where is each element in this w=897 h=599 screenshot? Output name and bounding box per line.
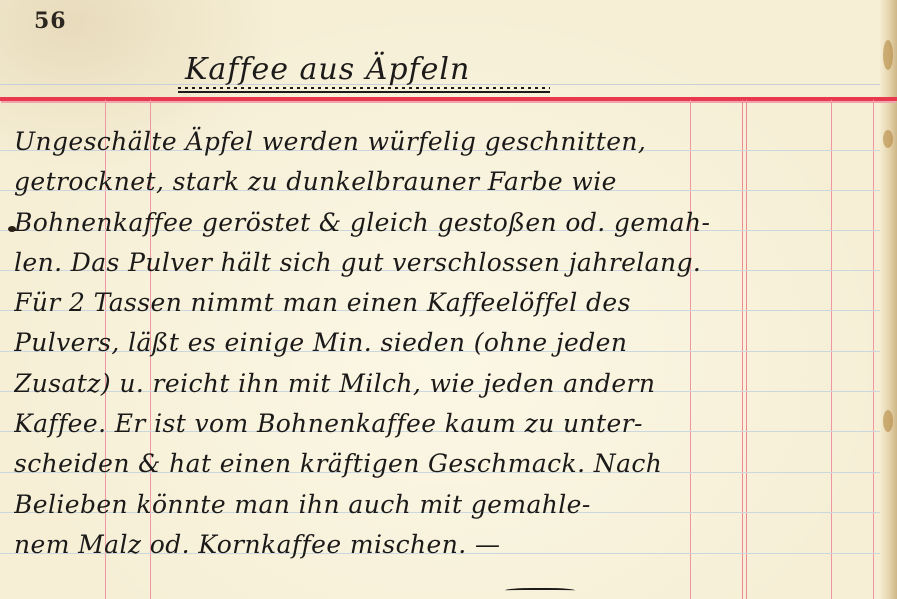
- header-red-double-rule: [0, 97, 897, 101]
- text-line: Ungeschälte Äpfel werden würfelig geschn…: [14, 122, 884, 162]
- text-line: nem Malz od. Kornkaffee mischen. —: [14, 525, 884, 565]
- text-line: Bohnenkaffee geröstet & gleich gestoßen …: [14, 203, 884, 243]
- text-line: len. Das Pulver hält sich gut verschloss…: [14, 243, 884, 283]
- text-line: scheiden & hat einen kräftigen Geschmack…: [14, 444, 884, 484]
- text-line: Zusatz) u. reicht ihn mit Milch, wie jed…: [14, 364, 884, 404]
- text-line: getrocknet, stark zu dunkelbrauner Farbe…: [14, 162, 884, 202]
- title-underline: [178, 87, 550, 93]
- end-flourish: [505, 588, 575, 594]
- stain-spot: [883, 410, 893, 432]
- recipe-body: Ungeschälte Äpfel werden würfelig geschn…: [14, 122, 884, 565]
- text-line: Kaffee. Er ist vom Bohnenkaffee kaum zu …: [14, 404, 884, 444]
- page-number: 56: [34, 8, 67, 34]
- text-line: Für 2 Tassen nimmt man einen Kaffeelöffe…: [14, 283, 884, 323]
- recipe-title: Kaffee aus Äpfeln: [185, 52, 470, 87]
- stain-spot: [883, 130, 893, 148]
- text-line: Belieben könnte man ihn auch mit gemahle…: [14, 485, 884, 525]
- stain-spot: [883, 40, 893, 70]
- text-line: Pulvers, läßt es einige Min. sieden (ohn…: [14, 323, 884, 363]
- ledger-page: 56 Kaffee aus Äpfeln Ungeschälte Äpfel w…: [0, 0, 897, 599]
